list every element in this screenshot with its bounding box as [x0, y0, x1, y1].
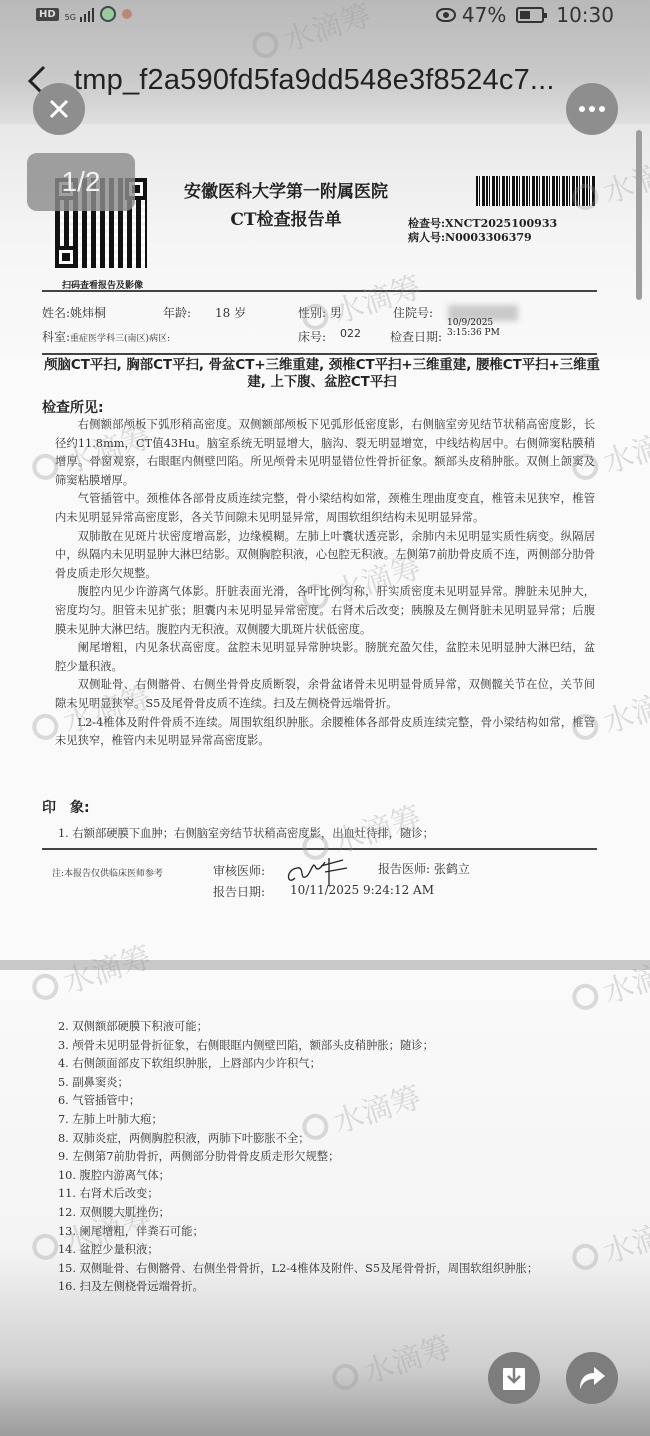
impression-item: 12. 双侧腰大肌挫伤；	[58, 1204, 538, 1223]
finding-paragraph: 右侧额部颅板下弧形稍高密度。双侧额部颅板下见弧形低密度影，右侧脑室旁见结节状稍高…	[55, 416, 595, 490]
title-row: tmp_f2a590fd5fa9dd548e3f8524c7...	[0, 58, 650, 104]
hospital-name: 安徽医科大学第一附属医院	[170, 177, 402, 202]
reporting-physician: 报告医师: 张鹤立	[378, 860, 470, 877]
finding-paragraph: 气管插管中。颈椎体各部骨皮质连续完整，骨小梁结构如常，颈椎生理曲度变直，椎管未见…	[55, 490, 595, 527]
department: 科室:重症医学科三(南区)病区:	[42, 328, 170, 345]
exam-items: 颅脑CT平扫, 胸部CT平扫, 骨盆CT+三维重建, 颈椎CT平扫+三维重建, …	[42, 357, 602, 391]
exam-date-label: 检查日期:	[390, 328, 442, 345]
reviewer-label: 审核医师:	[213, 862, 265, 879]
divider	[42, 353, 597, 355]
signal-icon: 5G	[65, 6, 94, 22]
more-button[interactable]	[566, 83, 618, 135]
page-indicator: 1/2	[27, 153, 135, 211]
impression-item: 1. 右额部硬膜下血肿；右侧脑室旁结节状稍高密度影，出血灶待排，随诊；	[58, 825, 434, 841]
clock: 10:30	[556, 3, 614, 27]
finding-paragraph: L2-4椎体及附件骨质不连续。周围软组织肿胀。余腰椎体各部骨皮质连续完整，骨小梁…	[55, 714, 595, 751]
sex: 性别: 男	[298, 304, 342, 321]
finding-paragraph: 双侧耻骨、右侧髂骨、右侧坐骨骨皮质断裂，余骨盆诸骨未见明显骨质异常，双侧髋关节在…	[55, 676, 595, 713]
app-notification-icon	[122, 9, 132, 19]
page-separator	[0, 960, 650, 970]
impression-item: 6. 气管插管中；	[58, 1092, 538, 1111]
barcode	[476, 176, 596, 206]
report-date: 10/11/2025 9:24:12 AM	[290, 883, 434, 897]
divider	[42, 290, 597, 292]
impression-item: 4. 右侧颌面部皮下软组织肿胀，上唇部内少许积气；	[58, 1055, 538, 1074]
findings-heading: 检查所见:	[42, 397, 104, 417]
close-button[interactable]	[33, 83, 85, 135]
share-button[interactable]	[566, 1352, 618, 1404]
finding-paragraph: 双肺散在见斑片状密度增高影，边缘模糊。左肺上叶囊状透亮影，余肺内未见明显实质性病…	[55, 528, 595, 584]
patient-name: 姓名:姚炜桐	[42, 304, 106, 321]
signature-image	[285, 848, 360, 888]
impression-item: 13. 阑尾增粗，伴粪石可能；	[58, 1223, 538, 1242]
battery-icon	[516, 7, 544, 23]
share-icon	[578, 1365, 606, 1391]
exam-date-value: 10/9/2025 3:15:36 PM	[447, 318, 517, 338]
age-value: 18 岁	[215, 304, 246, 321]
impression-item: 10. 腹腔内游离气体；	[58, 1167, 538, 1186]
impression-list: 2. 双侧额部硬膜下积液可能； 3. 颅骨未见明显骨折征象，右侧眼眶内侧壁凹陷，…	[58, 1018, 538, 1297]
findings: 右侧额部颅板下弧形稍高密度。双侧额部颅板下见弧形低密度影，右侧脑室旁见结节状稍高…	[55, 416, 595, 751]
age-label: 年龄:	[163, 304, 191, 321]
scrollbar[interactable]	[636, 130, 642, 300]
close-icon	[48, 98, 70, 120]
impression-item: 3. 颅骨未见明显骨折征象，右侧眼眶内侧壁凹陷，额部头皮稍肿胀；随诊；	[58, 1037, 538, 1056]
impression-item: 14. 盆腔少量积液；	[58, 1241, 538, 1260]
battery-percent: 47%	[462, 3, 506, 27]
finding-paragraph: 腹腔内见少许游离气体影。肝脏表面光滑，各叶比例匀称，肝实质密度未见明显异常。脾脏…	[55, 583, 595, 639]
impression-item: 11. 右肾术后改变；	[58, 1185, 538, 1204]
impression-item: 9. 左侧第7前肋骨折，两侧部分肋骨骨皮质走形欠规整；	[58, 1148, 538, 1167]
status-bar: HD 5G 47% 10:30	[0, 0, 650, 32]
finding-paragraph: 阑尾增粗，内见条状高密度。盆腔未见明显异常肿块影。膀胱充盈欠佳，盆腔未见明显肿大…	[55, 639, 595, 676]
more-icon	[579, 106, 605, 112]
bed-label: 床号:	[298, 328, 326, 345]
footer-note: 注:本报告仅供临床医师参考	[52, 866, 163, 879]
report-date-label: 报告日期:	[213, 883, 265, 900]
bed-value: 022	[340, 327, 361, 340]
impression-item: 7. 左肺上叶肺大疱；	[58, 1111, 538, 1130]
impression-item: 2. 双侧额部硬膜下积液可能；	[58, 1018, 538, 1037]
file-title: tmp_f2a590fd5fa9dd548e3f8524c7...	[74, 64, 555, 97]
eye-comfort-icon	[436, 8, 456, 22]
impression-item: 16. 扫及左侧桡骨远端骨折。	[58, 1278, 538, 1297]
report-title: CT检查报告单	[170, 205, 402, 230]
download-icon	[501, 1364, 527, 1392]
patient-number: 病人号:N0003306379	[408, 229, 532, 245]
app-notification-icon	[100, 6, 116, 22]
hd-badge: HD	[36, 8, 59, 21]
inpatient-no-label: 住院号:	[393, 304, 433, 321]
download-button[interactable]	[488, 1352, 540, 1404]
impression-item: 15. 双侧耻骨、右侧髂骨、右侧坐骨骨折，L2-4椎体及附件、S5及尾骨骨折，周…	[58, 1260, 538, 1279]
impression-heading: 印 象:	[42, 797, 90, 817]
impression-item: 5. 副鼻窦炎；	[58, 1074, 538, 1093]
impression-item: 8. 双肺炎症，两侧胸腔积液，两肺下叶膨胀不全；	[58, 1130, 538, 1149]
